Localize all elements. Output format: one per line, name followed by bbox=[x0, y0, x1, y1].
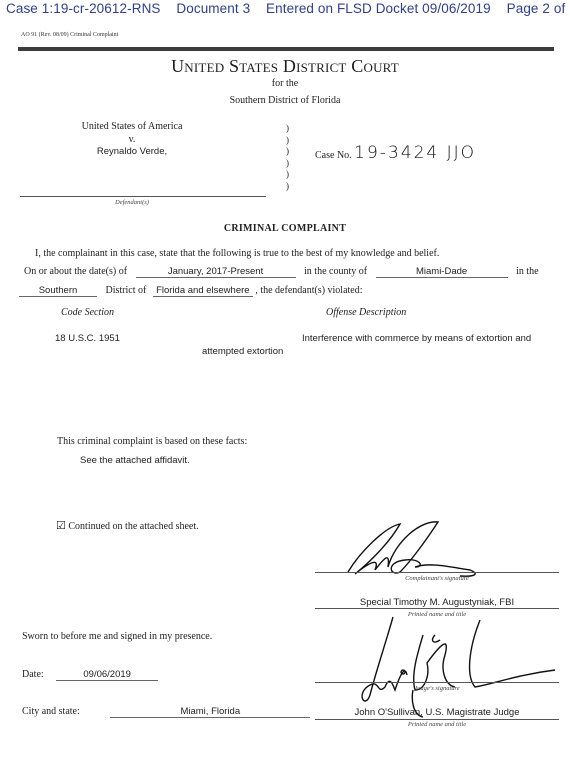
docket-document-number: Document 3 bbox=[176, 1, 250, 16]
complainant-printed-name: Special Timothy M. Augustyniak, FBI bbox=[315, 597, 559, 608]
city-state-field: Miami, Florida bbox=[110, 706, 310, 718]
offense-line-2: attempted extortion bbox=[202, 346, 283, 357]
continued-label: Continued on the attached sheet. bbox=[68, 521, 198, 532]
county-field: Miami-Dade bbox=[376, 266, 508, 278]
court-title: United States District Court bbox=[0, 56, 570, 77]
offense-line-1: Interference with commerce by means of e… bbox=[302, 333, 531, 344]
case-number-label: Case No. bbox=[315, 150, 352, 161]
court-district: Southern District of Florida bbox=[0, 95, 570, 106]
case-number-value: 19-3424 JJO bbox=[354, 143, 476, 163]
sworn-date-label: Date: bbox=[22, 669, 44, 680]
district-field: Southern bbox=[19, 285, 97, 297]
city-state-label: City and state: bbox=[22, 706, 80, 717]
judge-printed-label: Printed name and title bbox=[315, 721, 559, 728]
sworn-date-field: 09/06/2019 bbox=[56, 669, 158, 681]
code-section-value: 18 U.S.C. 1951 bbox=[55, 333, 120, 344]
complainant-signature-line bbox=[315, 572, 559, 573]
checkbox-checked-icon[interactable]: ☑ bbox=[56, 519, 66, 532]
complainant-signature-label: Complainant's signature bbox=[315, 575, 559, 582]
in-the-label: in the bbox=[516, 266, 539, 277]
offense-description-header: Offense Description bbox=[326, 307, 406, 318]
docket-page-count: Page 2 of 11 bbox=[507, 1, 570, 16]
facts-label: This criminal complaint is based on thes… bbox=[57, 436, 247, 447]
continued-row[interactable]: ☑ Continued on the attached sheet. bbox=[56, 519, 199, 532]
county-label: in the county of bbox=[304, 266, 367, 277]
docket-header: Case 1:19-cr-20612-RNS Document 3 Entere… bbox=[0, 1, 570, 16]
complainant-signature bbox=[330, 522, 510, 582]
caption-parentheses: )))))) bbox=[286, 123, 289, 192]
district-line: Southern District of Florida and elsewhe… bbox=[19, 285, 363, 297]
judge-printed-name: John O'Sullivan, U.S. Magistrate Judge bbox=[315, 707, 559, 718]
violated-label: , the defendant(s) violated: bbox=[255, 285, 362, 296]
facts-value: See the attached affidavit. bbox=[80, 455, 190, 466]
date-label: On or about the date(s) of bbox=[24, 266, 127, 277]
docket-case-number: Case 1:19-cr-20612-RNS bbox=[6, 1, 161, 16]
complaint-intro: I, the complainant in this case, state t… bbox=[35, 248, 439, 259]
city-row: City and state: Miami, Florida bbox=[22, 706, 310, 718]
sworn-statement: Sworn to before me and signed in my pres… bbox=[22, 631, 212, 642]
docket-entered-date: Entered on FLSD Docket 09/06/2019 bbox=[266, 1, 491, 16]
form-id: AO 91 (Rev. 08/09) Criminal Complaint bbox=[21, 32, 118, 38]
state-field: Florida and elsewhere bbox=[153, 285, 253, 297]
code-section-header: Code Section bbox=[61, 307, 114, 318]
versus-label: v. bbox=[18, 134, 246, 145]
defendant-line bbox=[20, 196, 266, 197]
judge-signature-label: Judge's signature bbox=[315, 685, 559, 692]
court-for-the: for the bbox=[0, 78, 570, 89]
judge-signature-line bbox=[315, 682, 559, 683]
defendant-name: Reynaldo Verde, bbox=[18, 146, 246, 157]
date-line: On or about the date(s) of January, 2017… bbox=[24, 266, 539, 278]
date-field: January, 2017-Present bbox=[136, 266, 296, 278]
date-row: Date: 09/06/2019 bbox=[22, 669, 158, 681]
judge-name-line bbox=[315, 719, 559, 720]
top-divider bbox=[18, 47, 554, 51]
complaint-title: CRIMINAL COMPLAINT bbox=[0, 223, 570, 234]
complainant-name-line bbox=[315, 608, 559, 609]
plaintiff-name: United States of America bbox=[18, 121, 246, 132]
district-of-label: District of bbox=[106, 285, 147, 296]
case-number: Case No. 19-3424 JJO bbox=[315, 143, 476, 163]
defendant-label: Defendant(s) bbox=[18, 199, 246, 206]
